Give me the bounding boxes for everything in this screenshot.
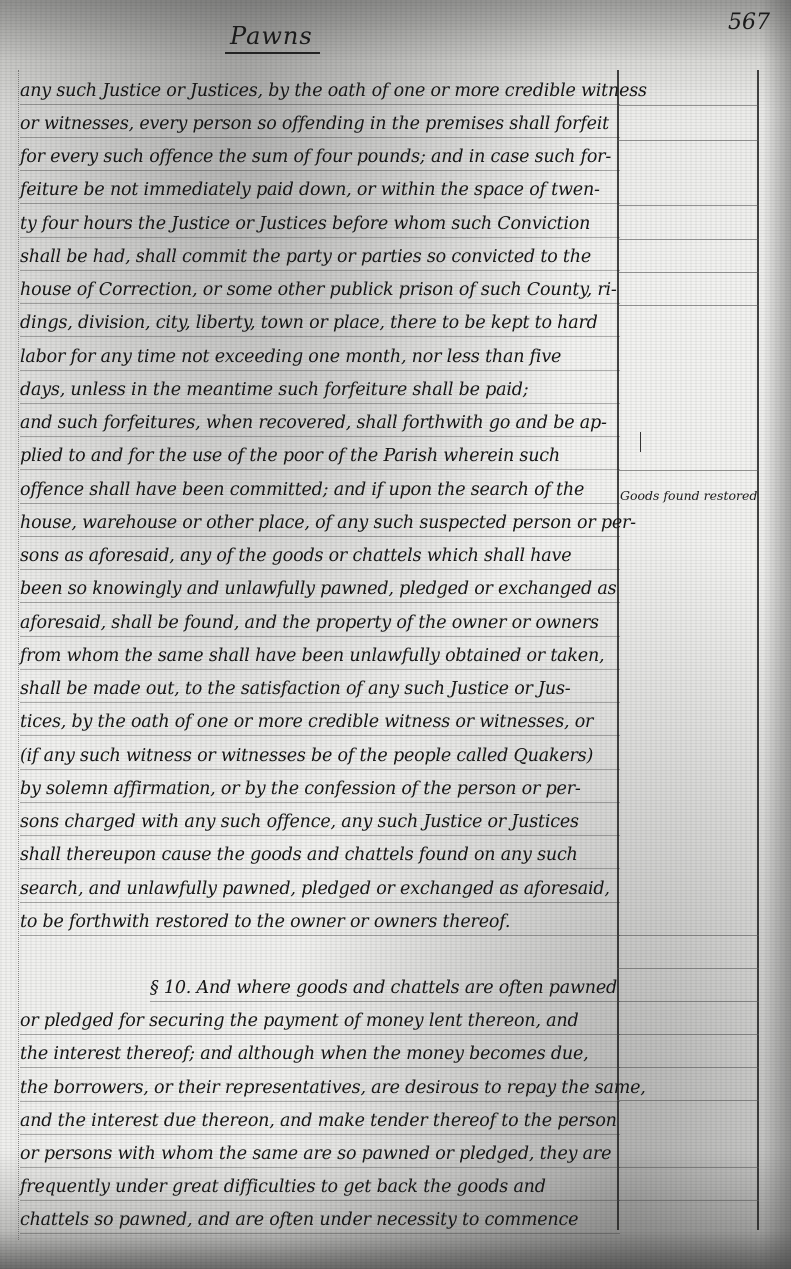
text-line: shall be made out, to the satisfaction o… bbox=[20, 678, 620, 703]
text-line: been so knowingly and unlawfully pawned,… bbox=[20, 578, 620, 603]
section-heading-line: § 10. And where goods and chattels are o… bbox=[150, 977, 620, 1002]
text-line: and the interest due thereon, and make t… bbox=[20, 1110, 620, 1135]
text-line: sons charged with any such offence, any … bbox=[20, 811, 620, 836]
text-line: or pledged for securing the payment of m… bbox=[20, 1010, 620, 1035]
manuscript-page: Pawns 567 Goods found restored any such … bbox=[0, 0, 791, 1269]
text-line: the interest thereof; and although when … bbox=[20, 1043, 620, 1068]
margin-rule bbox=[617, 1100, 759, 1101]
margin-rule bbox=[617, 1167, 759, 1168]
page-edge-shadow bbox=[761, 0, 791, 1269]
text-line: the borrowers, or their representatives,… bbox=[20, 1077, 620, 1102]
text-line: shall thereupon cause the goods and chat… bbox=[20, 844, 620, 869]
left-margin-dotted-line bbox=[18, 70, 19, 1240]
text-line: or witnesses, every person so offending … bbox=[20, 113, 620, 138]
text-line: and such forfeitures, when recovered, sh… bbox=[20, 412, 620, 437]
text-line: house of Correction, or some other publi… bbox=[20, 279, 620, 304]
margin-rule bbox=[617, 1001, 759, 1002]
text-line: sons as aforesaid, any of the goods or c… bbox=[20, 545, 620, 570]
text-line: (if any such witness or witnesses be of … bbox=[20, 745, 620, 770]
text-line: feiture be not immediately paid down, or… bbox=[20, 179, 620, 204]
text-line: any such Justice or Justices, by the oat… bbox=[20, 80, 620, 105]
margin-rule bbox=[617, 968, 759, 969]
margin-rule bbox=[617, 935, 759, 936]
text-line: plied to and for the use of the poor of … bbox=[20, 445, 620, 470]
text-line: aforesaid, shall be found, and the prope… bbox=[20, 612, 620, 637]
margin-rule bbox=[617, 305, 759, 306]
margin-rule bbox=[617, 205, 759, 206]
text-line: to be forthwith restored to the owner or… bbox=[20, 911, 620, 936]
text-line: chattels so pawned, and are often under … bbox=[20, 1209, 620, 1234]
margin-rule bbox=[617, 105, 759, 106]
margin-rule bbox=[617, 1034, 759, 1035]
text-line: by solemn affirmation, or by the confess… bbox=[20, 778, 620, 803]
text-line: shall be had, shall commit the party or … bbox=[20, 246, 620, 271]
text-line: dings, division, city, liberty, town or … bbox=[20, 312, 620, 337]
text-line: frequently under great difficulties to g… bbox=[20, 1176, 620, 1201]
margin-tick-mark bbox=[640, 432, 641, 452]
margin-rule bbox=[617, 272, 759, 273]
text-line: labor for any time not exceeding one mon… bbox=[20, 346, 620, 371]
margin-rule bbox=[617, 140, 759, 141]
text-line: ty four hours the Justice or Justices be… bbox=[20, 213, 620, 238]
margin-rule bbox=[617, 239, 759, 240]
text-line: for every such offence the sum of four p… bbox=[20, 146, 620, 171]
margin-rule bbox=[617, 1067, 759, 1068]
margin-note: Goods found restored bbox=[620, 488, 758, 503]
text-line: house, warehouse or other place, of any … bbox=[20, 512, 620, 537]
page-number: 567 bbox=[728, 10, 770, 35]
text-line: tices, by the oath of one or more credib… bbox=[20, 711, 620, 736]
text-line: or persons with whom the same are so paw… bbox=[20, 1143, 620, 1168]
text-line: offence shall have been committed; and i… bbox=[20, 479, 620, 504]
margin-rule bbox=[617, 1200, 759, 1201]
margin-column-right-rule bbox=[757, 70, 759, 1230]
text-line: days, unless in the meantime such forfei… bbox=[20, 379, 620, 404]
title-underline bbox=[225, 52, 320, 54]
text-line: from whom the same shall have been unlaw… bbox=[20, 645, 620, 670]
page-title: Pawns bbox=[230, 22, 313, 50]
text-line: search, and unlawfully pawned, pledged o… bbox=[20, 878, 620, 903]
margin-rule bbox=[617, 470, 759, 471]
